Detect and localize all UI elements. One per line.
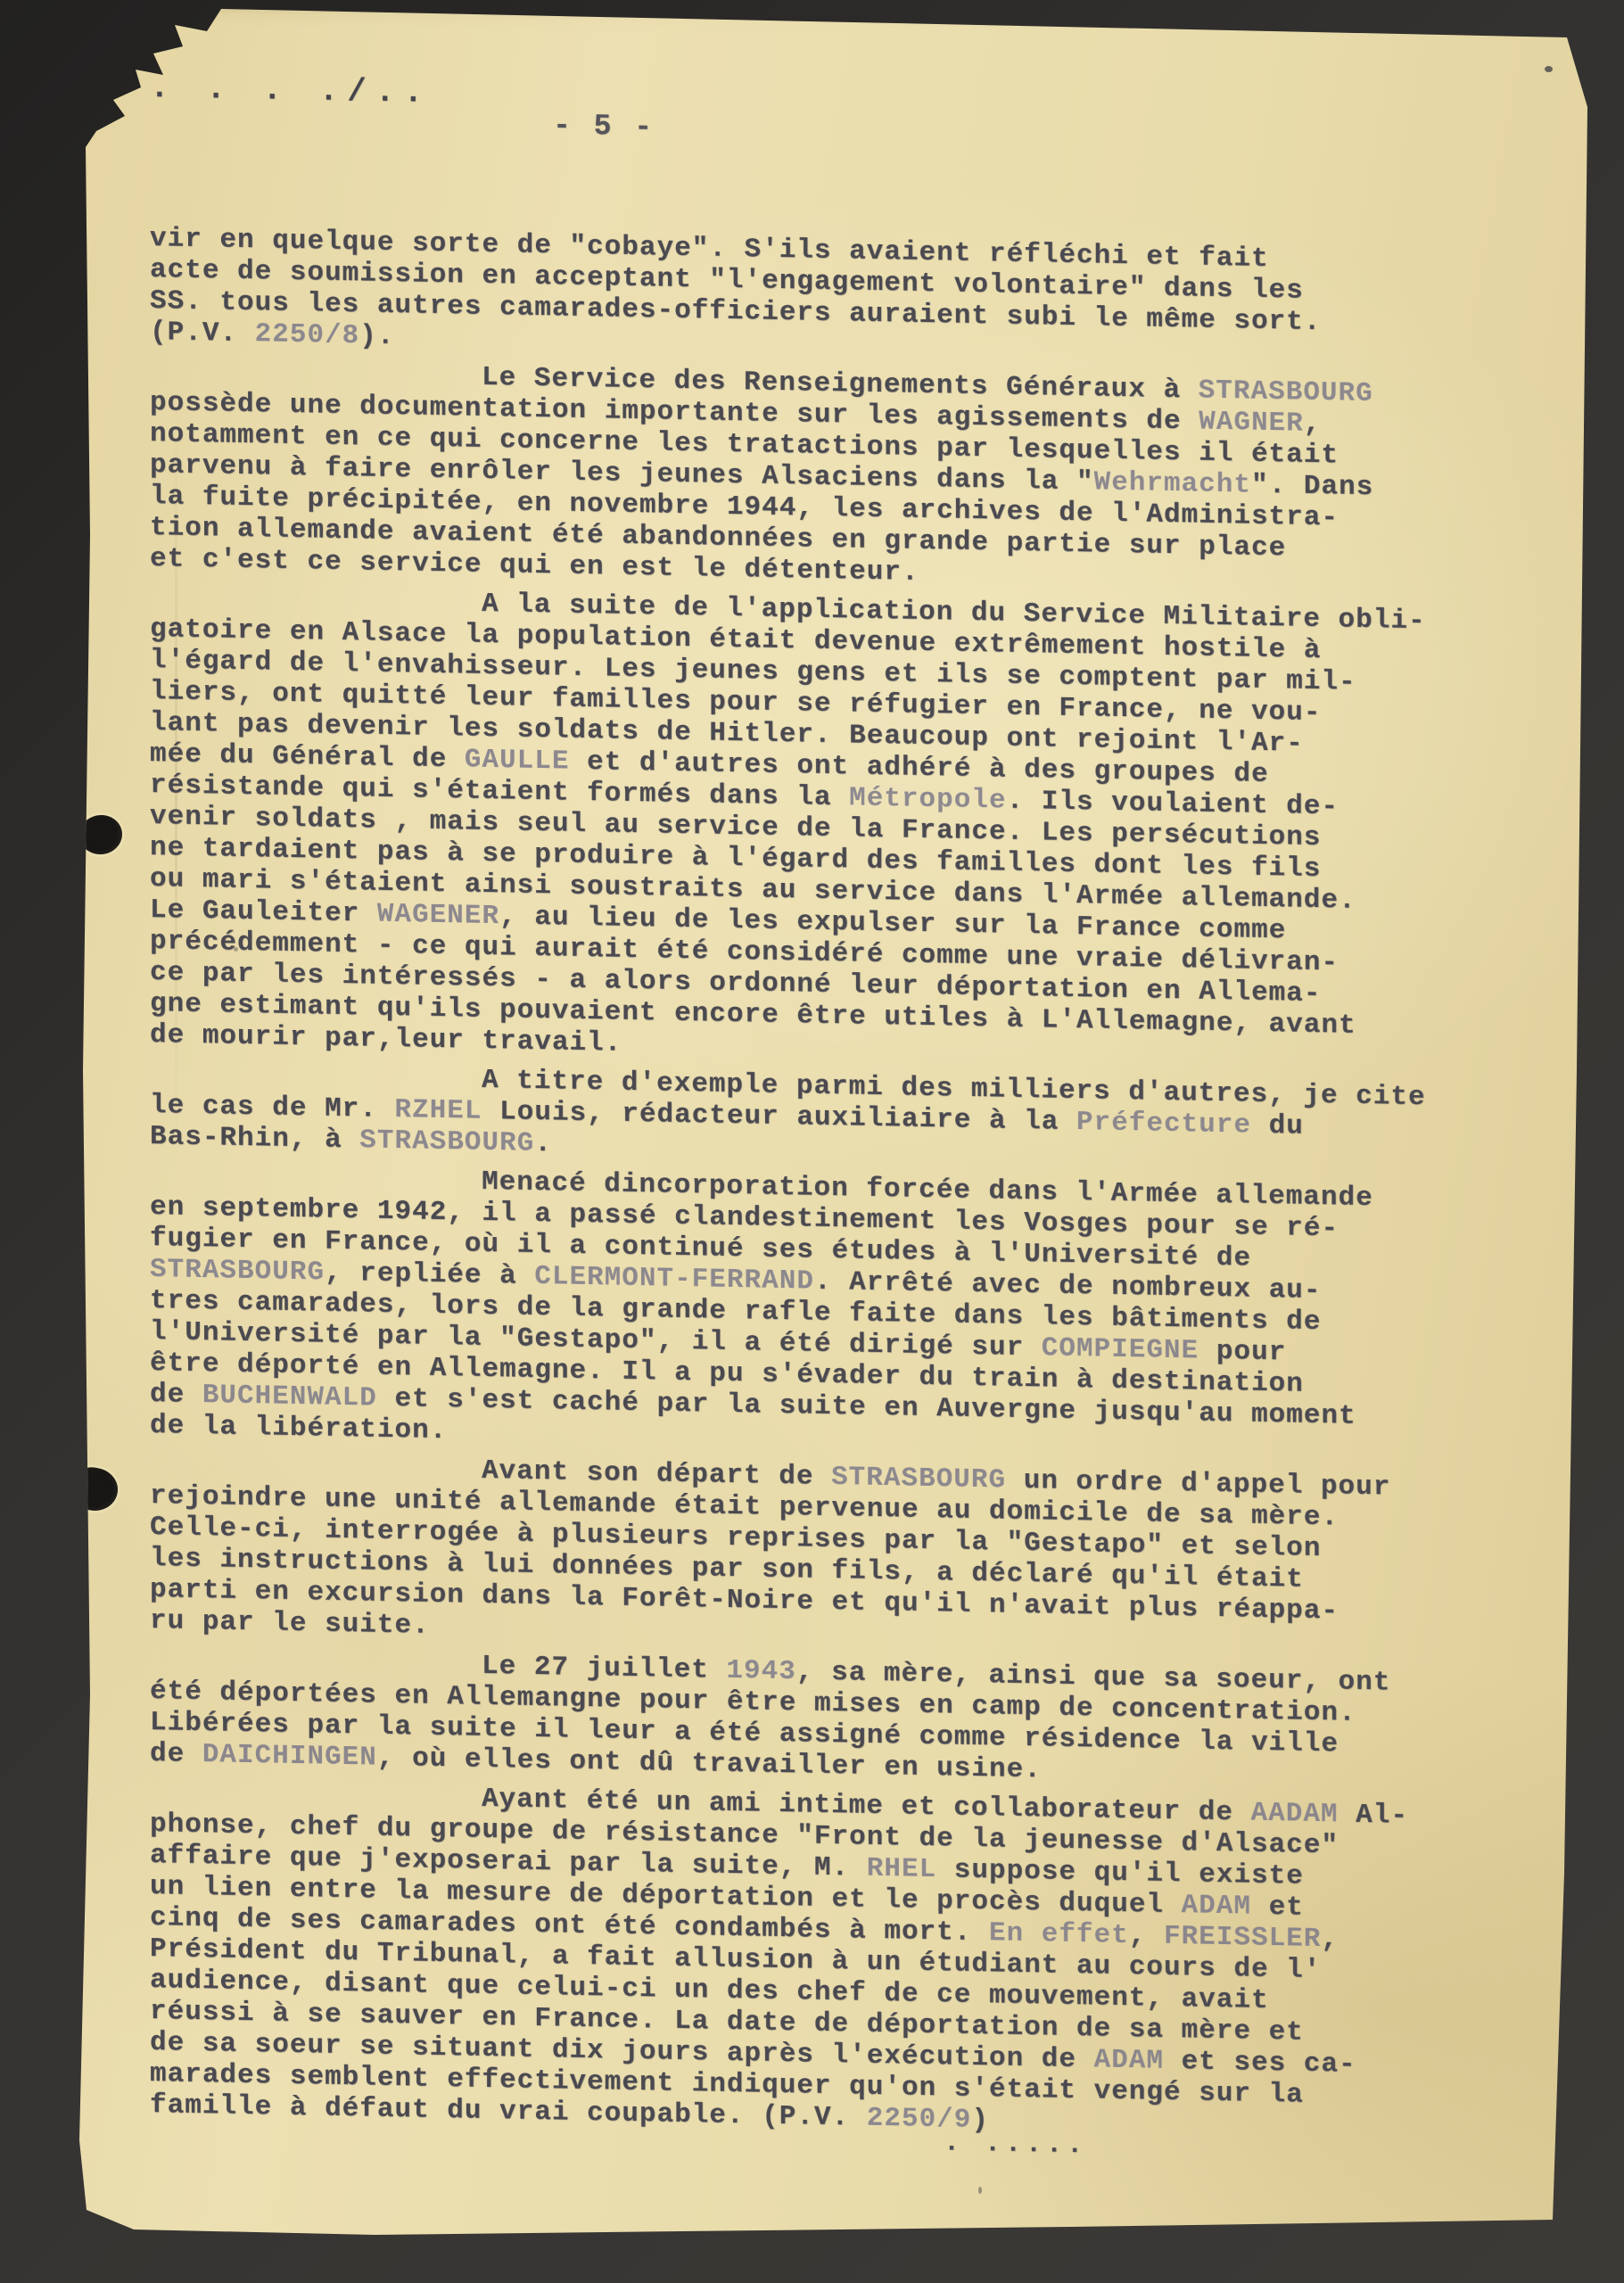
paragraph: Avant son départ de STRASBOURG un ordre … [150, 1449, 1568, 1662]
scan-background: . . . ./.. - 5 - vir en quelque sorte de… [0, 0, 1624, 2283]
paragraph: Le 27 juillet 1943, sa mère, ainsi que s… [150, 1644, 1568, 1795]
paragraph: A titre d'exemple parmi des milliers d'a… [150, 1059, 1568, 1178]
ink-speck [1545, 66, 1553, 72]
document-page: . . . ./.. - 5 - vir en quelque sorte de… [0, 0, 1624, 2283]
paragraphs: vir en quelque sorte de "cobaye". S'ils … [150, 223, 1568, 2147]
paragraph: Le Service des Renseignements Généraux à… [150, 356, 1568, 600]
paragraph: A la suite de l'application du Service M… [150, 582, 1568, 1076]
paragraph: Ayant été un ami intime et collaborateur… [150, 1777, 1568, 2147]
ink-speck [978, 2187, 982, 2194]
fold-crease-left [62, 134, 66, 2221]
end-of-section-marks: . ..... [944, 2128, 1087, 2161]
typewritten-content: . . . ./.. - 5 - vir en quelque sorte de… [150, 70, 1568, 2155]
paragraph: vir en quelque sorte de "cobaye". S'ils … [150, 223, 1568, 374]
page-number: - 5 - [553, 109, 655, 144]
paragraph: Menacé dincorporation forcée dans l'Armé… [150, 1160, 1568, 1467]
